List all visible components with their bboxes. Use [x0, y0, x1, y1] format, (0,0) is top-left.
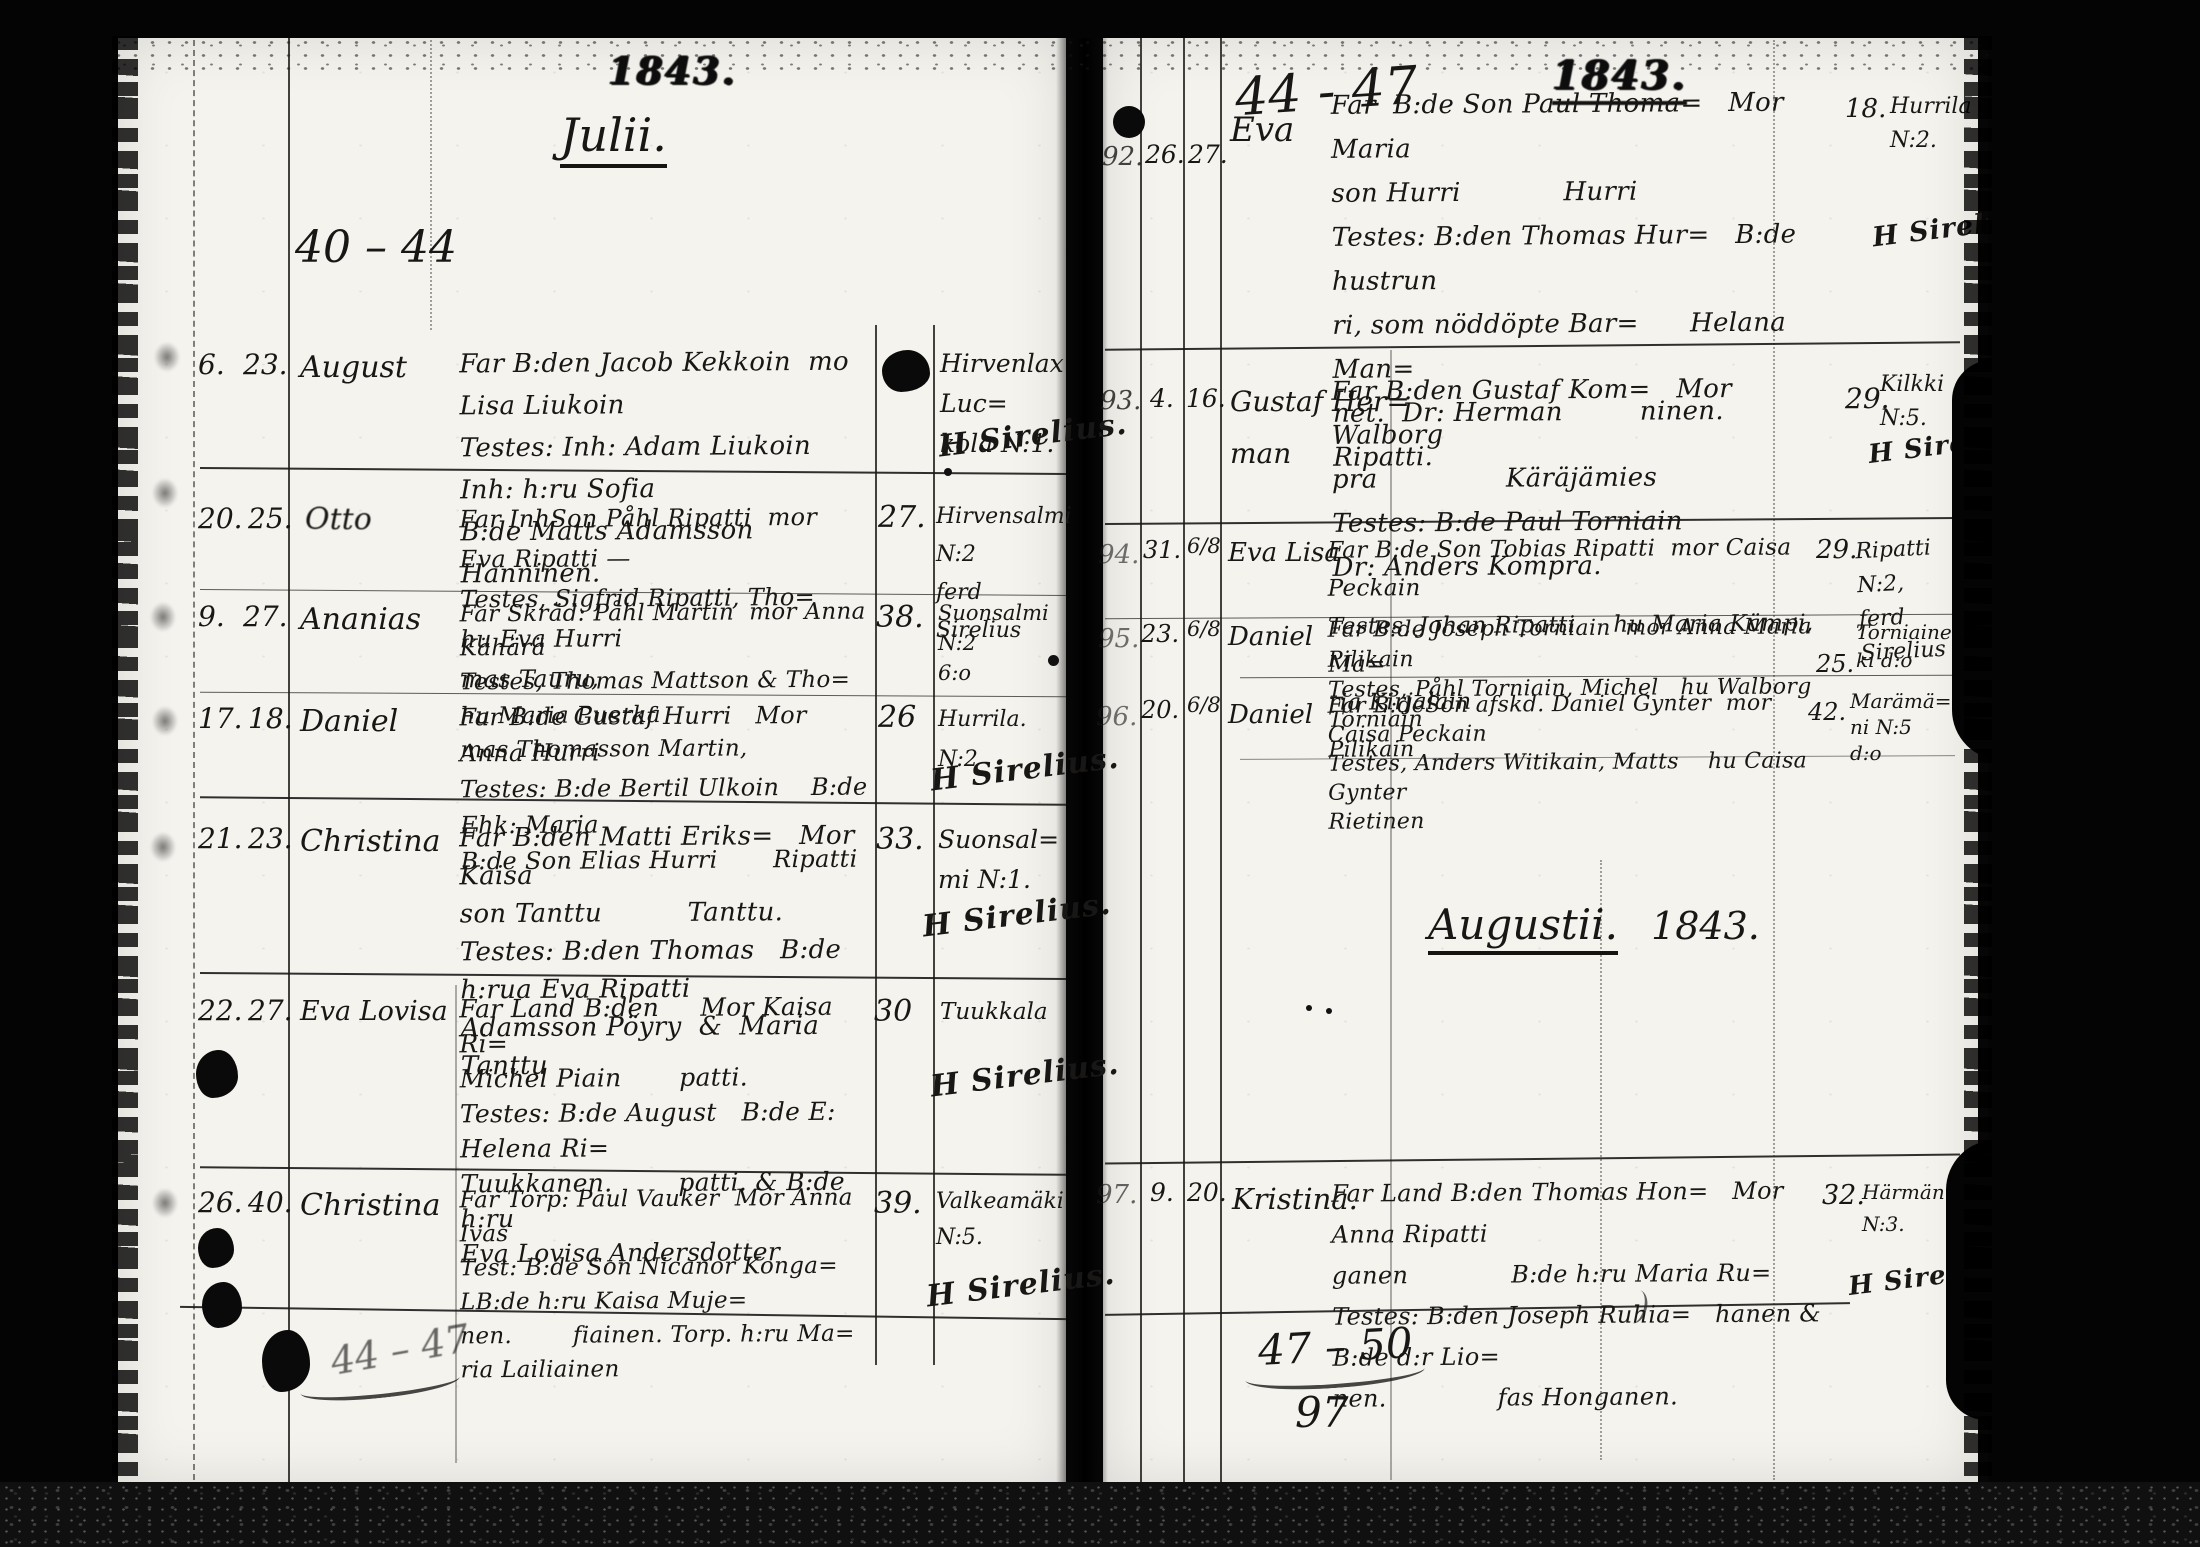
baptized-day: 27. — [248, 994, 293, 1027]
child-name: Eva — [1230, 110, 1294, 150]
born-day: 22. — [198, 994, 243, 1027]
place: Tuukkala — [940, 992, 1066, 1032]
baptized-day: 27. — [243, 600, 288, 633]
ink-speck — [1048, 655, 1059, 666]
register-scan: 1843. Julii. 40 – 44 6. 23. August Far B… — [0, 0, 2200, 1547]
child-name: Otto — [305, 502, 372, 537]
child-name: Christina — [300, 824, 440, 859]
born-day: 20. — [198, 502, 243, 535]
scan-border-top — [0, 0, 2200, 38]
born-day: 20. — [1141, 696, 1179, 724]
margin-smudge — [150, 602, 176, 632]
place: Suonsal= mi N:1. — [938, 820, 1066, 900]
baptized-day: 25. — [248, 502, 293, 535]
child-name: Daniel — [1228, 700, 1313, 730]
baptized-day: 23. — [248, 822, 293, 855]
baptized-day: 20. — [1187, 1178, 1227, 1207]
baptized-day: 23. — [243, 348, 288, 381]
born-day: 17. — [198, 702, 243, 735]
left-header-crease — [430, 40, 432, 330]
margin-smudge — [154, 342, 180, 372]
entry-no: 93. — [1100, 386, 1141, 416]
born-day: 31. — [1143, 536, 1181, 564]
august-year: 1843. — [1651, 904, 1760, 948]
ink-speck — [1326, 1008, 1332, 1014]
child-name: Christina — [300, 1188, 440, 1223]
entry-text: Far Land B:den Thomas Hon= Mor Anna Ripa… — [1331, 1170, 1843, 1420]
born-day: 9. — [1150, 1178, 1174, 1207]
born-day: 4. — [1150, 384, 1174, 413]
scan-border-left — [0, 0, 118, 1547]
entry-no: 96. — [1096, 702, 1137, 732]
left-range-note: 40 – 44 — [295, 222, 457, 273]
entry-number: 32. — [1822, 1180, 1865, 1211]
born-day: 26. — [198, 1186, 243, 1219]
entry-no: 97. — [1096, 1180, 1137, 1210]
place: Suonsalmi N:2 6:o — [938, 598, 1066, 688]
child-name: Daniel — [300, 704, 398, 739]
entry-text: Far B:deSon afskd. Daniel Gynter mor Cai… — [1328, 688, 1829, 836]
born-day: 9. — [198, 600, 225, 633]
born-day: 23. — [1141, 620, 1179, 648]
child-name: Ananias — [300, 602, 421, 637]
entry-number: 27. — [878, 500, 926, 535]
born-day: 26. — [1145, 140, 1185, 169]
entry-no: 95. — [1098, 624, 1139, 654]
entry-number: 42. — [1808, 698, 1846, 726]
entry-number: 26 — [878, 700, 916, 735]
ink-speck — [1306, 1005, 1312, 1011]
entry-number: 33. — [876, 822, 924, 857]
entry-number: 18. — [1845, 94, 1886, 124]
punch-hole — [1113, 106, 1145, 138]
margin-smudge — [152, 478, 178, 508]
child-name: Eva Lisa — [1228, 538, 1340, 568]
left-date-rule — [288, 36, 290, 1484]
child-name: August — [300, 350, 407, 385]
entry-number: 29. — [1816, 535, 1857, 565]
baptized-day: 6/8 — [1187, 617, 1221, 641]
entry-number: 30 — [874, 994, 912, 1029]
left-year-stamp: 1843. — [608, 48, 737, 93]
child-name: Daniel — [1228, 622, 1313, 652]
left-month-header: Julii. — [560, 108, 667, 168]
scan-border-right — [1988, 0, 2200, 1547]
scan-noise-top — [110, 36, 1990, 78]
bottom-number: 97 — [1295, 1388, 1348, 1437]
baptized-day: 16. — [1186, 384, 1226, 413]
entry-number: 38. — [876, 600, 924, 635]
baptized-day: 6/8 — [1187, 693, 1221, 717]
entry-no: 92. — [1102, 142, 1143, 172]
baptized-day: 6/8 — [1187, 534, 1221, 558]
entry-number: 39. — [874, 1186, 922, 1221]
margin-smudge — [152, 1188, 178, 1218]
baptized-day: 18. — [248, 702, 293, 735]
entry-number: 25. — [1816, 650, 1854, 678]
entry-no: 94. — [1098, 540, 1139, 570]
august-section-header: Augustii. 1843. — [1428, 900, 1760, 949]
left-name-rule — [455, 985, 457, 1463]
baptized-day: 27. — [1188, 140, 1228, 169]
born-day: 21. — [198, 822, 243, 855]
scan-edge-noise-right — [1964, 36, 1992, 1482]
margin-smudge — [150, 832, 176, 862]
right-date-rule-a — [1183, 36, 1185, 1484]
margin-smudge — [152, 706, 178, 736]
right-date-rule-b — [1220, 36, 1222, 1484]
august-month: Augustii. — [1428, 900, 1618, 955]
right-no-rule — [1140, 36, 1142, 1484]
ink-speck — [944, 468, 952, 476]
left-margin-rule — [193, 40, 195, 1480]
left-number-rule-b — [933, 325, 935, 1365]
place: Valkeamäki N:5. — [936, 1184, 1066, 1256]
child-name: Eva Lovisa — [300, 996, 448, 1027]
scan-edge-noise-left — [112, 36, 138, 1482]
scan-noise-bottom — [0, 1482, 2200, 1547]
born-day: 6. — [198, 348, 225, 381]
baptized-day: 40. — [248, 1186, 293, 1219]
entry-text: Far Torp: Paul Vauker Mor Anna Ivas Test… — [459, 1181, 870, 1388]
